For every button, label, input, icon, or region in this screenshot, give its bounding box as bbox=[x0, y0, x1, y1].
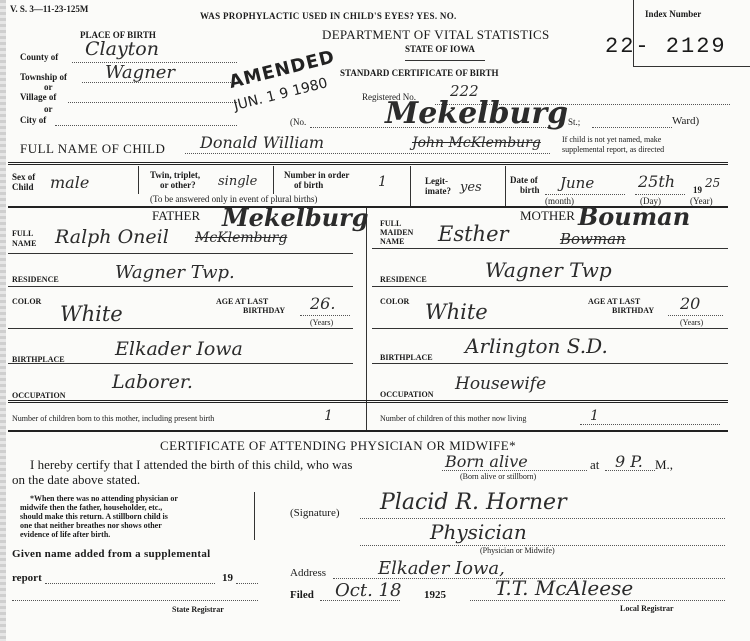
form-code: V. S. 3—11-23-125M bbox=[10, 4, 88, 14]
father-birthplace-value: Elkader Iowa bbox=[115, 338, 243, 360]
mother-name-line bbox=[372, 248, 728, 249]
father-age-value: 26. bbox=[310, 294, 335, 313]
father-age-label-2: BIRTHDAY bbox=[243, 306, 285, 315]
note-line-5: evidence of life after birth. bbox=[20, 530, 110, 539]
dob-year-prefix: 19 bbox=[693, 185, 702, 195]
born-caption: (Born alive or stillborn) bbox=[460, 472, 536, 481]
child-name-value: Donald William bbox=[200, 133, 324, 152]
mother-age-value: 20 bbox=[680, 294, 700, 313]
father-heading: FATHER bbox=[152, 208, 200, 224]
village-line bbox=[68, 102, 237, 103]
note-line-1: *When there was no attending physician o… bbox=[30, 494, 178, 503]
signature-value: Placid R. Horner bbox=[380, 490, 567, 515]
child-name-label: FULL NAME OF CHILD bbox=[20, 141, 165, 157]
dob-label-2: birth bbox=[520, 185, 540, 195]
index-number-value: 22- 2129 bbox=[605, 34, 727, 59]
legit-value: yes bbox=[460, 180, 482, 195]
mother-name-label-1: FULL bbox=[380, 219, 401, 228]
order-label-1: Number in order bbox=[284, 170, 349, 180]
supplemental-report-line bbox=[45, 583, 215, 584]
father-residence-value: Wagner Twp. bbox=[115, 262, 235, 283]
county-label: County of bbox=[20, 52, 58, 62]
order-label-2: of birth bbox=[294, 180, 323, 190]
township-value: Wagner bbox=[105, 62, 175, 83]
legit-label-1: Legit- bbox=[425, 176, 448, 186]
mother-occupation-value: Housewife bbox=[455, 374, 546, 394]
mother-amended-surname: Bouman bbox=[578, 202, 690, 231]
mother-name-label-3: NAME bbox=[380, 237, 404, 246]
supplemental-year-prefix: 19 bbox=[222, 572, 233, 584]
m-label: M., bbox=[655, 457, 673, 473]
city-label: City of bbox=[20, 115, 46, 125]
children-living-line bbox=[580, 424, 720, 425]
note-line-4: one that neither breathes nor shows othe… bbox=[20, 521, 162, 530]
local-registrar-line bbox=[470, 600, 725, 601]
sex-label-2: Child bbox=[12, 182, 34, 192]
city-line bbox=[55, 125, 237, 126]
order-value: 1 bbox=[378, 174, 387, 190]
father-name-value: Ralph Oneil bbox=[55, 226, 169, 248]
twin-label-2: or other? bbox=[160, 180, 196, 190]
dob-year: 25 bbox=[705, 176, 720, 190]
filed-year: 1925 bbox=[424, 589, 446, 601]
mother-occupation-label: OCCUPATION bbox=[380, 390, 433, 399]
father-residence-label: RESIDENCE bbox=[12, 275, 59, 284]
certify-line-1: I hereby certify that I attended the bir… bbox=[30, 457, 352, 473]
index-number-label: Index Number bbox=[645, 9, 701, 19]
supplemental-report-label: report bbox=[12, 572, 42, 584]
mother-name-value: Esther bbox=[438, 222, 509, 246]
street-label: St.; bbox=[568, 117, 580, 127]
local-registrar-label: Local Registrar bbox=[620, 604, 674, 613]
mother-residence-line bbox=[372, 286, 728, 287]
father-residence-line bbox=[8, 286, 353, 287]
parents-divider bbox=[366, 208, 367, 430]
children-living-label: Number of children of this mother now li… bbox=[380, 414, 526, 423]
child-name-line bbox=[185, 153, 550, 154]
dob-day: 25th bbox=[638, 172, 675, 191]
address-value: Elkader Iowa, bbox=[378, 558, 505, 579]
physician-section-divider bbox=[8, 430, 728, 432]
legit-label-2: imate? bbox=[425, 186, 451, 196]
dob-month: June bbox=[560, 174, 594, 192]
father-age-line bbox=[300, 315, 350, 316]
dob-day-line bbox=[635, 194, 685, 195]
certificate-title: STANDARD CERTIFICATE OF BIRTH bbox=[340, 68, 498, 78]
or-label-1: or bbox=[44, 82, 53, 92]
father-years-caption: (Years) bbox=[310, 318, 333, 327]
occupation-divider bbox=[8, 400, 728, 403]
dob-label-1: Date of bbox=[510, 175, 538, 185]
year-caption: (Year) bbox=[690, 196, 713, 206]
mother-heading: MOTHER bbox=[520, 208, 575, 224]
state-registrar-line bbox=[12, 600, 258, 601]
children-born-value: 1 bbox=[324, 408, 333, 424]
certify-line-2: on the date above stated. bbox=[12, 472, 140, 488]
father-name-struck: McKlemburg bbox=[195, 230, 287, 246]
mother-age-label-1: AGE AT LAST bbox=[588, 297, 640, 306]
mother-residence-label: RESIDENCE bbox=[380, 275, 427, 284]
sex-value: male bbox=[50, 173, 89, 192]
twin-value: single bbox=[218, 174, 257, 189]
mother-birthplace-value: Arlington S.D. bbox=[465, 334, 608, 358]
father-name-label-2: NAME bbox=[12, 239, 36, 248]
dob-month-line bbox=[545, 194, 625, 195]
physician-title-value: Physician bbox=[430, 520, 527, 544]
filed-label: Filed bbox=[290, 589, 314, 601]
child-name-struck: John McKlemburg bbox=[412, 135, 541, 151]
signature-line bbox=[360, 518, 725, 519]
at-label: at bbox=[590, 457, 599, 473]
time-value: 9 P. bbox=[615, 452, 643, 471]
father-color-label: COLOR bbox=[12, 297, 41, 306]
mother-residence-value: Wagner Twp bbox=[485, 258, 612, 282]
village-label: Village of bbox=[20, 92, 56, 102]
mother-name-label-2: MAIDEN bbox=[380, 228, 413, 237]
father-birthplace-line bbox=[8, 363, 353, 364]
mother-age-label-2: BIRTHDAY bbox=[612, 306, 654, 315]
county-value: Clayton bbox=[85, 38, 159, 60]
children-born-label: Number of children born to this mother, … bbox=[12, 414, 214, 423]
section-divider bbox=[8, 162, 728, 165]
mother-years-caption: (Years) bbox=[680, 318, 703, 327]
father-color-line bbox=[8, 328, 353, 329]
father-occupation-value: Laborer. bbox=[112, 371, 193, 393]
supplemental-line-1: Given name added from a supplemental bbox=[12, 548, 211, 560]
signature-label: (Signature) bbox=[290, 507, 339, 519]
state-title: STATE OF IOWA bbox=[405, 44, 475, 54]
mother-color-line bbox=[372, 328, 728, 329]
note-bracket bbox=[250, 492, 255, 540]
twin-label-1: Twin, triplet, bbox=[150, 170, 200, 180]
prophylactic-question: WAS PROPHYLACTIC USED IN CHILD'S EYES? Y… bbox=[200, 11, 457, 21]
department-title: DEPARTMENT OF VITAL STATISTICS bbox=[322, 27, 550, 43]
col-divider-1 bbox=[138, 166, 139, 194]
address-label: Address bbox=[290, 567, 326, 579]
amended-surname-header: Mekelburg bbox=[385, 96, 568, 131]
ward-line bbox=[592, 127, 672, 128]
note-line-3: should make this return. A stillborn chi… bbox=[20, 512, 168, 521]
mother-color-label: COLOR bbox=[380, 297, 409, 306]
mother-color-value: White bbox=[425, 300, 488, 324]
supplemental-year-line bbox=[236, 583, 258, 584]
father-occupation-label: OCCUPATION bbox=[12, 391, 65, 400]
note-line-2: midwife then the father, householder, et… bbox=[20, 503, 162, 512]
born-alive-value: Born alive bbox=[445, 452, 528, 471]
or-label-2: or bbox=[44, 104, 53, 114]
father-amended-surname: Mekelburg bbox=[222, 203, 369, 232]
father-name-label-1: FULL bbox=[12, 229, 33, 238]
ward-label: Ward) bbox=[672, 115, 699, 127]
children-living-value: 1 bbox=[590, 408, 599, 424]
title-divider bbox=[405, 60, 485, 61]
father-color-value: White bbox=[60, 302, 123, 326]
unnamed-note-1: If child is not yet named, make bbox=[562, 135, 661, 144]
mother-birthplace-line bbox=[372, 363, 728, 364]
township-label: Township of bbox=[20, 72, 67, 82]
scanned-page-edge bbox=[0, 0, 6, 641]
father-age-label-1: AGE AT LAST bbox=[216, 297, 268, 306]
filed-date: Oct. 18 bbox=[335, 580, 401, 601]
month-caption: (month) bbox=[545, 196, 574, 206]
col-divider-2 bbox=[273, 166, 274, 194]
state-registrar-label: State Registrar bbox=[172, 605, 224, 614]
col-divider-3 bbox=[410, 166, 411, 206]
mother-birthplace-label: BIRTHPLACE bbox=[380, 353, 433, 362]
unnamed-note-2: supplemental report, as directed bbox=[562, 145, 664, 154]
col-divider-4 bbox=[505, 166, 506, 206]
street-number-label: (No. bbox=[290, 117, 306, 127]
father-name-line bbox=[8, 253, 353, 254]
local-registrar-signature: T.T. McAleese bbox=[495, 576, 633, 600]
sex-label-1: Sex of bbox=[12, 172, 35, 182]
mother-name-struck: Bowman bbox=[560, 230, 626, 248]
physician-title-caption: (Physician or Midwife) bbox=[480, 546, 555, 555]
mother-age-line bbox=[668, 315, 723, 316]
